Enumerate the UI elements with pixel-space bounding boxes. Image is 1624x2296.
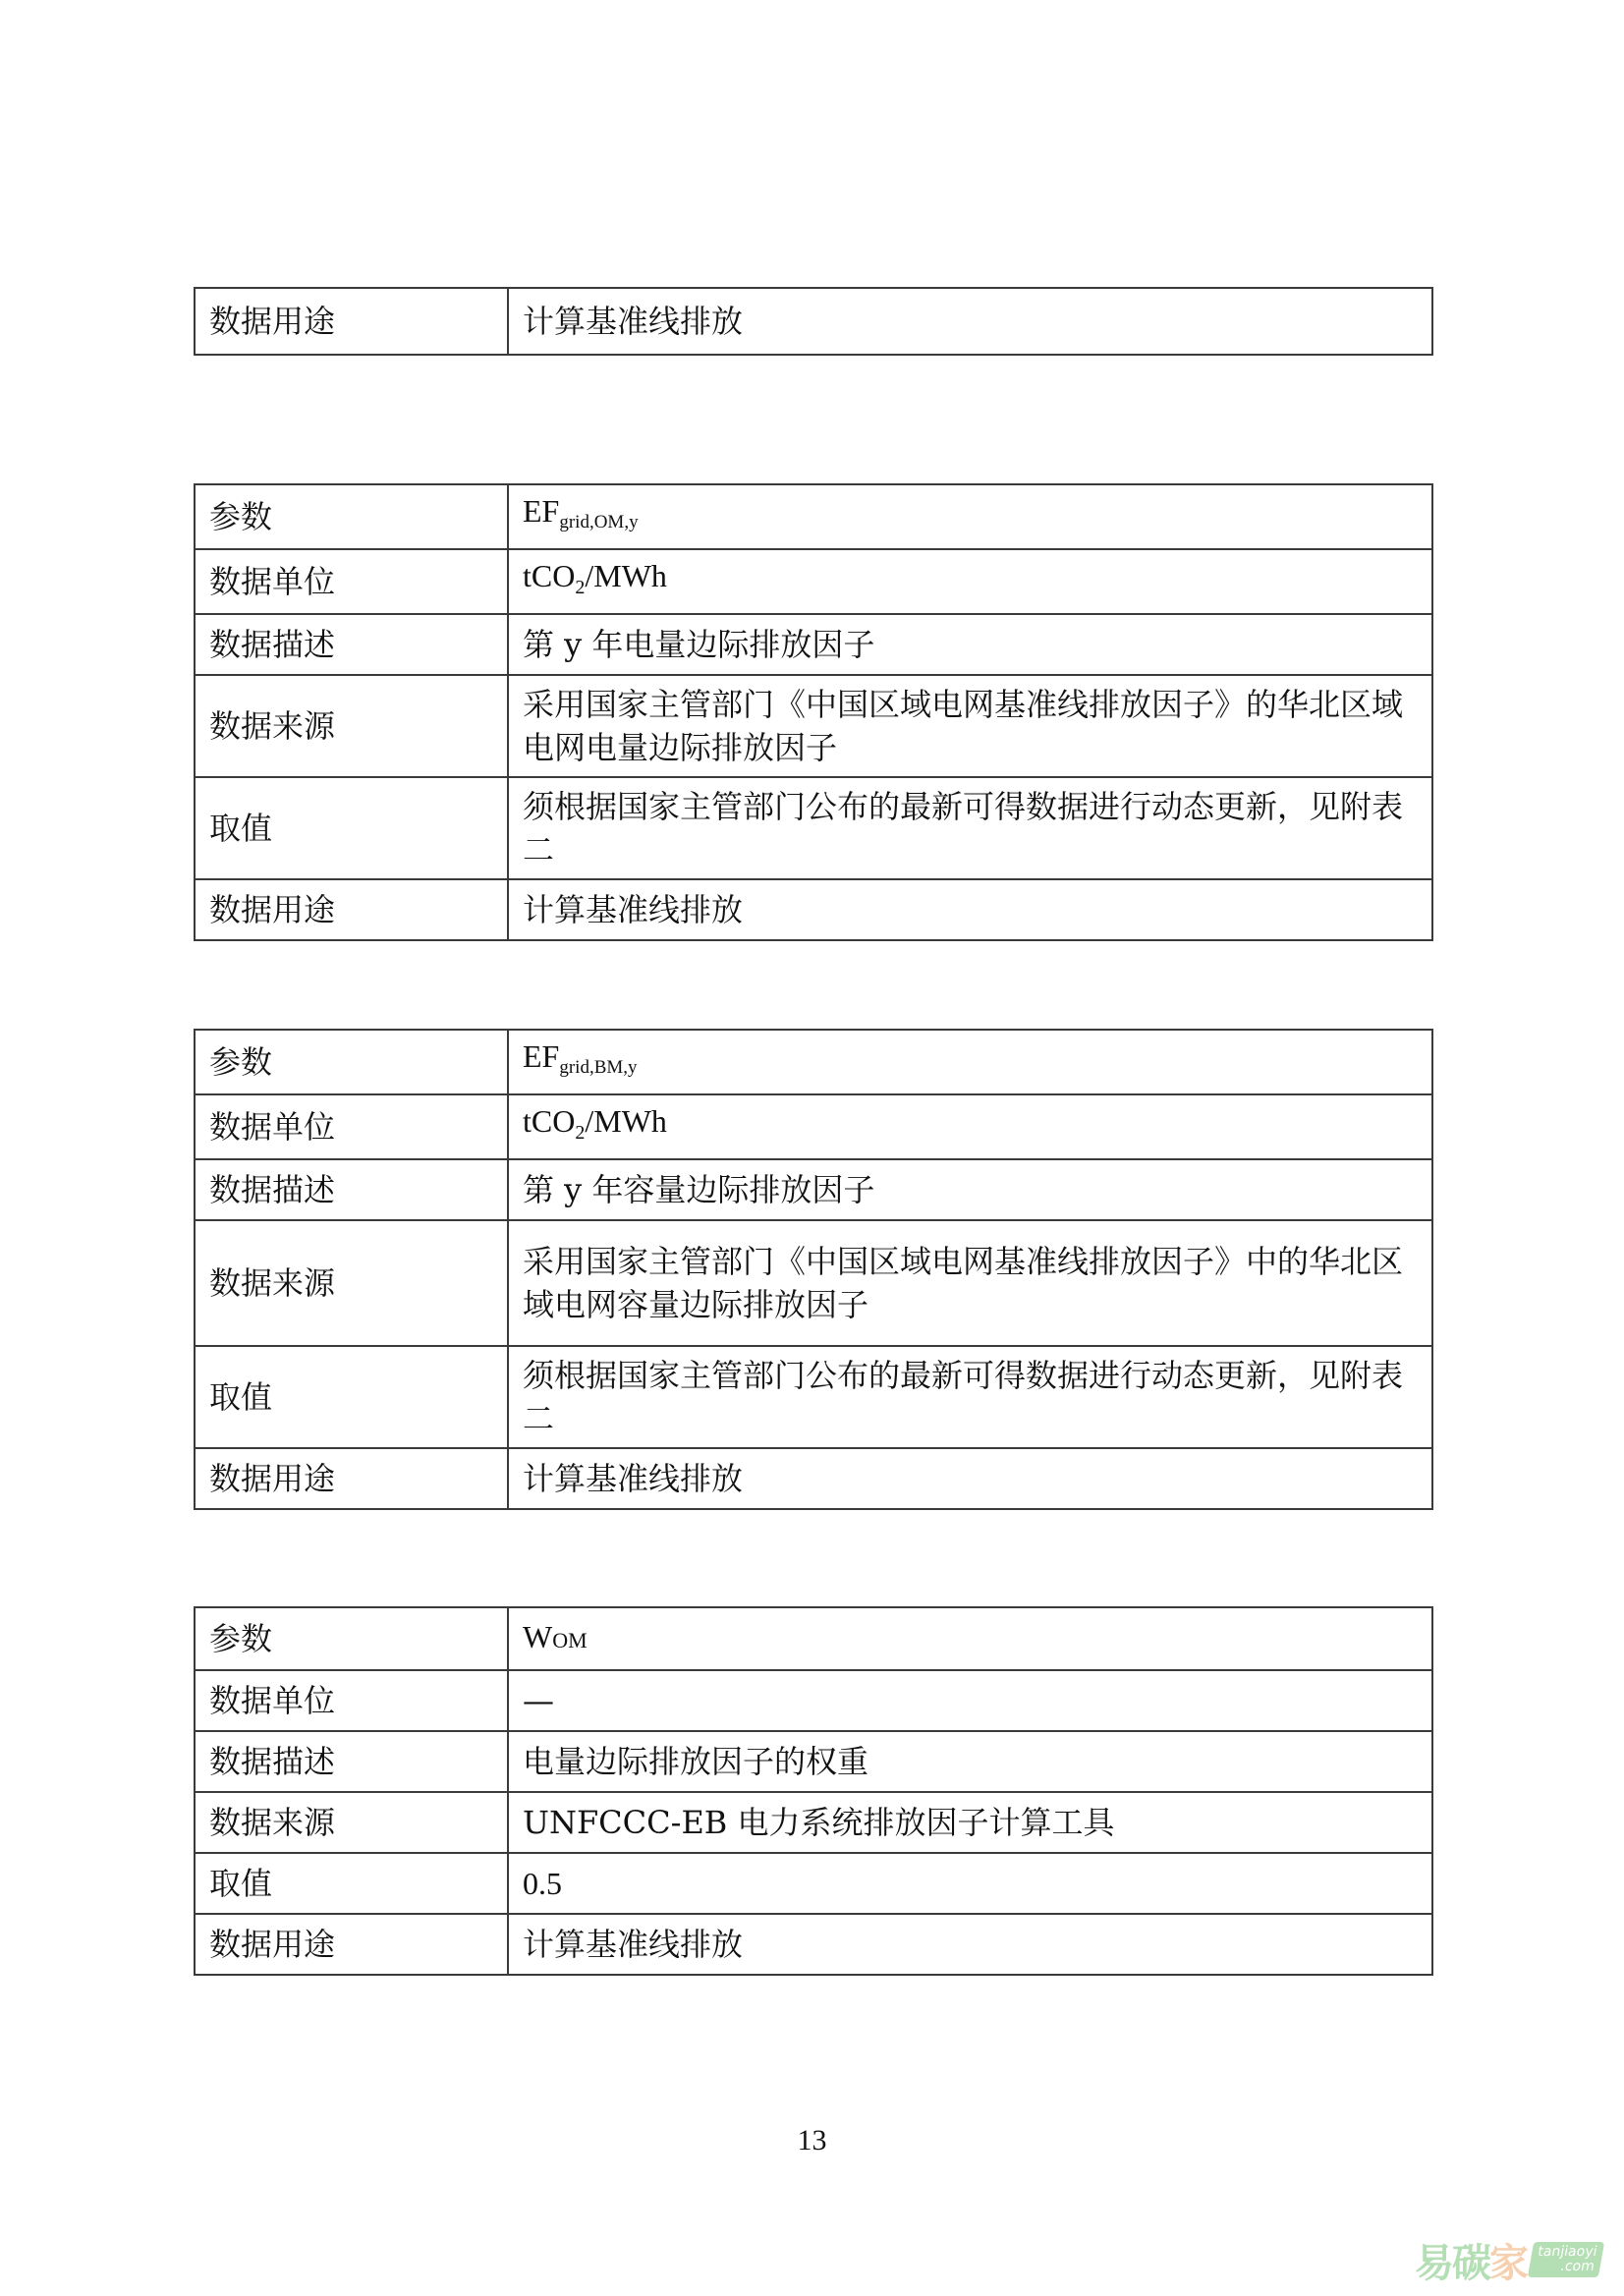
watermark-char-2: 碳 (1452, 2241, 1489, 2286)
page-number: 13 (0, 2124, 1624, 2157)
description-label: 数据描述 (195, 614, 508, 675)
symbol-subscript: grid,BM,y (559, 1057, 637, 1078)
row-usage: 数据用途 计算基准线排放 (195, 879, 1432, 940)
row-value: 取值 须根据国家主管部门公布的最新可得数据进行动态更新，见附表二 (195, 1346, 1432, 1448)
row-parameter: 参数 EFgrid,BM,y (195, 1030, 1432, 1094)
parameter-symbol: EFgrid,OM,y (508, 484, 1432, 549)
row-description: 数据描述 电量边际排放因子的权重 (195, 1731, 1432, 1792)
watermark-char-3: 家 (1489, 2241, 1527, 2286)
source-label: 数据来源 (195, 1220, 508, 1346)
usage-label: 数据用途 (195, 1914, 508, 1975)
watermark-char-1: 易 (1415, 2241, 1452, 2286)
parameter-label: 参数 (195, 1607, 508, 1670)
description-value: 电量边际排放因子的权重 (508, 1731, 1432, 1792)
unit-label: 数据单位 (195, 1094, 508, 1159)
value-value: 须根据国家主管部门公布的最新可得数据进行动态更新，见附表二 (508, 777, 1432, 879)
table-w-om: 参数 WOM 数据单位 — 数据描述 电量边际排放因子的权重 数据来源 UNFC… (194, 1606, 1433, 1976)
badge-line-1: tanjiaoyi (1537, 2245, 1598, 2260)
unit-post: /MWh (585, 558, 667, 593)
row-source: 数据来源 UNFCCC-EB 电力系统排放因子计算工具 (195, 1792, 1432, 1853)
unit-post: /MWh (585, 1103, 667, 1139)
unit-pre: tCO (523, 1103, 575, 1139)
unit-value: tCO2/MWh (508, 549, 1432, 614)
usage-value: 计算基准线排放 (508, 1448, 1432, 1509)
unit-label: 数据单位 (195, 1670, 508, 1731)
source-value: UNFCCC-EB 电力系统排放因子计算工具 (508, 1792, 1432, 1853)
row-source: 数据来源 采用国家主管部门《中国区域电网基准线排放因子》中的华北区域电网容量边际… (195, 1220, 1432, 1346)
unit-pre: tCO (523, 558, 575, 593)
parameter-symbol: WOM (508, 1607, 1432, 1670)
table-ef-grid-bm: 参数 EFgrid,BM,y 数据单位 tCO2/MWh 数据描述 第 y 年容… (194, 1029, 1433, 1510)
usage-value: 计算基准线排放 (508, 1914, 1432, 1975)
watermark-text: 易碳家 (1415, 2232, 1527, 2288)
row-description: 数据描述 第 y 年电量边际排放因子 (195, 614, 1432, 675)
row-parameter: 参数 WOM (195, 1607, 1432, 1670)
usage-label: 数据用途 (195, 288, 508, 355)
parameter-label: 参数 (195, 484, 508, 549)
source-value: 采用国家主管部门《中国区域电网基准线排放因子》中的华北区域电网容量边际排放因子 (508, 1220, 1432, 1346)
row-usage: 数据用途 计算基准线排放 (195, 288, 1432, 355)
unit-label: 数据单位 (195, 549, 508, 614)
row-unit: 数据单位 tCO2/MWh (195, 1094, 1432, 1159)
row-unit: 数据单位 — (195, 1670, 1432, 1731)
symbol-subscript: grid,OM,y (559, 512, 638, 532)
value-value: 须根据国家主管部门公布的最新可得数据进行动态更新，见附表二 (508, 1346, 1432, 1448)
row-description: 数据描述 第 y 年容量边际排放因子 (195, 1159, 1432, 1220)
row-parameter: 参数 EFgrid,OM,y (195, 484, 1432, 549)
symbol-main: EF (523, 493, 559, 529)
parameter-symbol: EFgrid,BM,y (508, 1030, 1432, 1094)
usage-value: 计算基准线排放 (508, 879, 1432, 940)
row-usage: 数据用途 计算基准线排放 (195, 1448, 1432, 1509)
row-unit: 数据单位 tCO2/MWh (195, 549, 1432, 614)
table-continuation: 数据用途 计算基准线排放 (194, 287, 1433, 356)
description-label: 数据描述 (195, 1159, 508, 1220)
table-ef-grid-om: 参数 EFgrid,OM,y 数据单位 tCO2/MWh 数据描述 第 y 年电… (194, 483, 1433, 941)
symbol-main: W (523, 1619, 552, 1654)
unit-sub: 2 (575, 1122, 585, 1144)
symbol-subscript: OM (552, 1628, 587, 1652)
source-value: 采用国家主管部门《中国区域电网基准线排放因子》的华北区域电网电量边际排放因子 (508, 675, 1432, 777)
usage-value: 计算基准线排放 (508, 288, 1432, 355)
row-value: 取值 0.5 (195, 1853, 1432, 1914)
symbol-main: EF (523, 1038, 559, 1074)
row-usage: 数据用途 计算基准线排放 (195, 1914, 1432, 1975)
usage-label: 数据用途 (195, 879, 508, 940)
parameter-label: 参数 (195, 1030, 508, 1094)
usage-label: 数据用途 (195, 1448, 508, 1509)
description-value: 第 y 年容量边际排放因子 (508, 1159, 1432, 1220)
unit-value: — (508, 1670, 1432, 1731)
row-value: 取值 须根据国家主管部门公布的最新可得数据进行动态更新，见附表二 (195, 777, 1432, 879)
value-label: 取值 (195, 777, 508, 879)
unit-sub: 2 (575, 577, 585, 598)
source-label: 数据来源 (195, 1792, 508, 1853)
value-label: 取值 (195, 1853, 508, 1914)
description-value: 第 y 年电量边际排放因子 (508, 614, 1432, 675)
row-source: 数据来源 采用国家主管部门《中国区域电网基准线排放因子》的华北区域电网电量边际排… (195, 675, 1432, 777)
value-value: 0.5 (508, 1853, 1432, 1914)
description-label: 数据描述 (195, 1731, 508, 1792)
unit-value: tCO2/MWh (508, 1094, 1432, 1159)
badge-line-2: .com (1534, 2260, 1596, 2274)
source-label: 数据来源 (195, 675, 508, 777)
value-label: 取值 (195, 1346, 508, 1448)
watermark-badge: tanjiaoyi .com (1528, 2242, 1604, 2277)
watermark-logo: 易碳家 tanjiaoyi .com (1415, 2230, 1621, 2289)
